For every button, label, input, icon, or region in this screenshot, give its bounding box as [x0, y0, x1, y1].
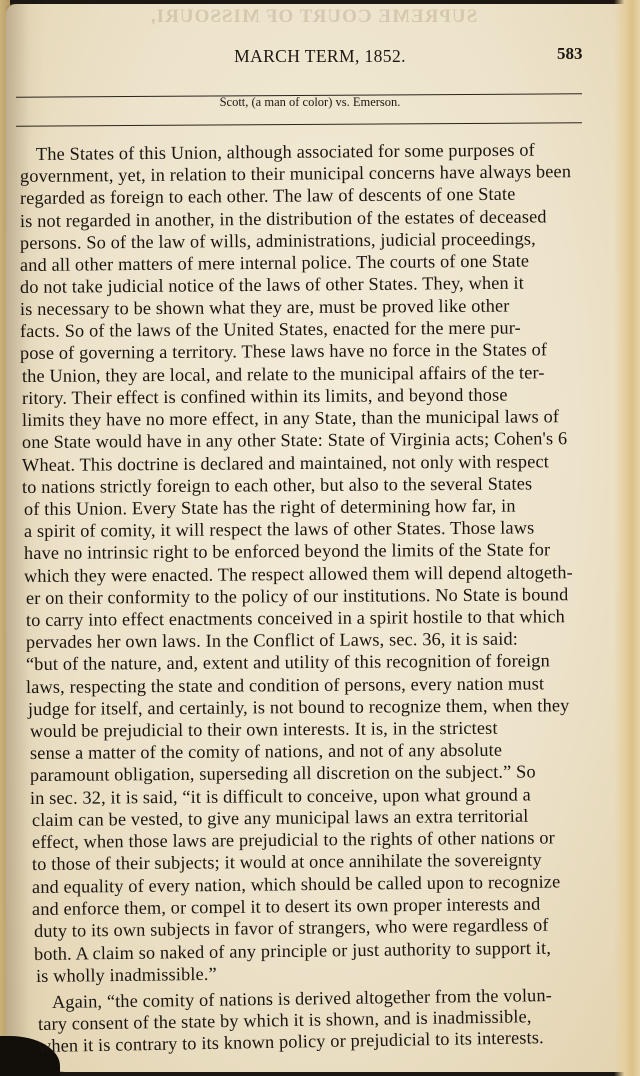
- text-line: “but of the nature, and, extent and util…: [26, 650, 550, 675]
- text-line: er on their conformity to the policy of …: [26, 584, 568, 609]
- text-line: do not take judicial notice of the laws …: [20, 273, 524, 298]
- text-line: laws, respecting the state and condition…: [26, 673, 544, 698]
- text-line: to carry into effect enactments conceive…: [26, 606, 565, 631]
- text-line: sense a matter of the comity of nations,…: [30, 740, 502, 764]
- scanned-book-page: SUPREME COURT OF MISSOURI, MARCH TERM, 1…: [0, 0, 640, 1076]
- running-head: MARCH TERM, 1852.: [0, 46, 640, 67]
- text-line: pervades her own laws. In the Conflict o…: [26, 629, 518, 653]
- text-line: which they were enacted. The respect all…: [24, 562, 573, 587]
- text-line: to nations strictly foreign to each othe…: [22, 473, 532, 498]
- text-line: and all other matters of mere internal p…: [20, 251, 529, 276]
- text-line: regarded as foreign to each other. The l…: [20, 184, 516, 209]
- case-title: Scott, (a man of color) vs. Emerson.: [0, 95, 620, 110]
- text-line: of this Union. Every State has the right…: [24, 496, 516, 520]
- text-line: a spirit of comity, it will respect the …: [24, 517, 535, 542]
- text-line: judge for itself, and certainly, is not …: [28, 695, 570, 720]
- page-number: 583: [557, 44, 583, 64]
- bleed-through-header: SUPREME COURT OF MISSOURI,: [150, 6, 477, 28]
- text-line: ritory. Their effect is confined within …: [22, 385, 508, 409]
- text-line: is necessary to be shown what they are, …: [20, 296, 510, 320]
- text-line: the Union, they are local, and relate to…: [22, 362, 545, 387]
- text-line: claim can be vested, to give any municip…: [32, 806, 529, 831]
- text-line: have no intrinsic right to be enforced b…: [24, 539, 550, 564]
- text-line: paramount obligation, superseding all di…: [30, 761, 536, 786]
- text-line: is wholly inadmissible.”: [36, 964, 217, 987]
- text-line: one State would have in any other State:…: [22, 428, 567, 453]
- text-line: Wheat. This doctrine is declared and mai…: [22, 451, 549, 476]
- text-line: to those of their subjects; it would at …: [32, 850, 542, 875]
- text-line: pose of governing a territory. These law…: [20, 339, 547, 364]
- text-line: facts. So of the laws of the United Stat…: [20, 318, 521, 342]
- text-line: limits they have no more effect, in any …: [22, 406, 559, 431]
- text-line: would be prejudicial to their own intere…: [30, 718, 498, 742]
